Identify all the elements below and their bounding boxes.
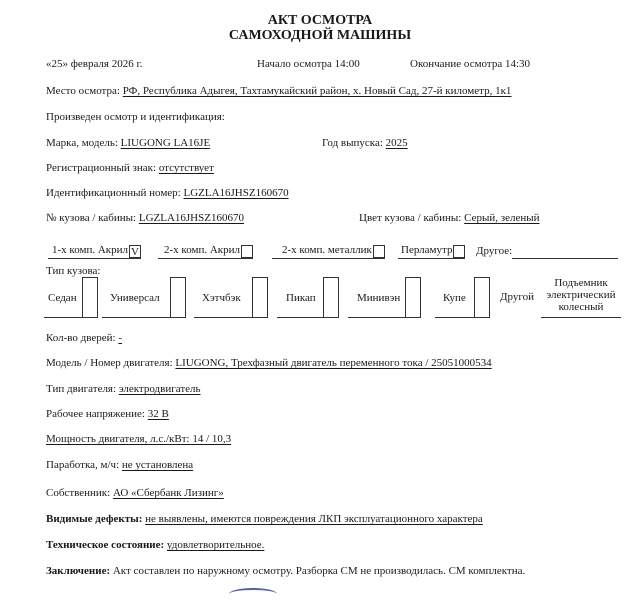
defects-value: не выявлены, имеются повреждения ЛКП экс… [145, 513, 483, 525]
make-model-value: LIUGONG LA16JE [121, 137, 211, 149]
body-type-hatchback[interactable]: Хэтчбэк [194, 277, 268, 318]
body-type-coupe[interactable]: Купе [435, 277, 490, 318]
checkbox[interactable] [405, 277, 421, 317]
doors-value: - [118, 332, 122, 344]
registration-field: Регистрационный знак: отсутствует [46, 162, 214, 174]
location-label: Место осмотра: [46, 85, 123, 97]
body-type-other-label: Другой [500, 291, 534, 303]
conclusion-value: Акт составлен по наружному осмотру. Разб… [110, 565, 525, 577]
make-model-field: Марка, модель: LIUGONG LA16JE [46, 137, 210, 149]
body-type-other-value: Подъемник электрический колесный [541, 277, 621, 318]
paint-option-pearl[interactable]: Перламутр [398, 242, 465, 259]
make-model-label: Марка, модель: [46, 137, 121, 149]
checkbox[interactable] [373, 245, 385, 258]
body-type-sedan[interactable]: Седан [44, 277, 98, 318]
body-type-option-label: Минивэн [348, 290, 400, 304]
voltage-value: 32 В [148, 408, 169, 420]
checkbox-checked[interactable]: V [129, 245, 141, 258]
body-type-option-label: Универсал [102, 290, 160, 304]
registration-label: Регистрационный знак: [46, 162, 159, 174]
doors-field: Кол-во дверей: - [46, 332, 122, 344]
conclusion-field: Заключение: Акт составлен по наружному о… [46, 565, 525, 577]
signature-mark [229, 588, 277, 600]
engine-power: Мощность двигателя, л.с./кВт: 14 / 10,3 [46, 433, 231, 445]
inspection-end: Окончание осмотра 14:30 [410, 58, 530, 70]
body-type-option-label: Седан [44, 290, 77, 304]
inspection-start: Начало осмотра 14:00 [257, 58, 360, 70]
paint-option-label: 2-х комп. Акрил [158, 243, 241, 258]
year-field: Год выпуска: 2025 [322, 137, 408, 149]
year-label: Год выпуска: [322, 137, 386, 149]
body-type-option-label: Хэтчбэк [194, 290, 241, 304]
condition-label: Техническое состояние: [46, 539, 164, 551]
defects-label: Видимые дефекты: [46, 513, 142, 525]
paint-option-acrylic-2k[interactable]: 2-х комп. Акрил [158, 242, 253, 259]
owner-label: Собственник: [46, 487, 113, 499]
doc-title-line2: САМОХОДНОЙ МАШИНЫ [0, 28, 640, 43]
hours-label: Паработка, м/ч: [46, 459, 122, 471]
paint-option-metallic-2k[interactable]: 2-х комп. металлик [272, 242, 385, 259]
defects-field: Видимые дефекты: не выявлены, имеются по… [46, 513, 483, 525]
body-color-value: Серый, зеленый [464, 212, 539, 224]
checkbox[interactable] [453, 245, 465, 258]
checkbox[interactable] [323, 277, 339, 317]
doors-label: Кол-во дверей: [46, 332, 118, 344]
voltage-field: Рабочее напряжение: 32 В [46, 408, 169, 420]
year-value: 2025 [386, 137, 408, 149]
vin-value: LGZLA16JHSZ160670 [183, 187, 288, 199]
body-type-option-label: Пикап [277, 290, 316, 304]
paint-option-label: Перламутр [398, 243, 453, 258]
body-color-field: Цвет кузова / кабины: Серый, зеленый [359, 212, 540, 224]
hours-value: не установлена [122, 459, 193, 471]
engine-type-value: электродвигатель [119, 383, 201, 395]
location-value: РФ, Республика Адыгея, Тахтамукайский ра… [123, 85, 512, 97]
body-type-pickup[interactable]: Пикап [277, 277, 339, 318]
checkbox[interactable] [241, 245, 253, 258]
owner-field: Собственник: АО «Сбербанк Лизинг» [46, 487, 224, 499]
body-type-wagon[interactable]: Универсал [102, 277, 186, 318]
engine-model-label: Модель / Номер двигателя: [46, 357, 175, 369]
checkbox[interactable] [252, 277, 268, 317]
body-number-value: LGZLA16JHSZ160670 [139, 212, 244, 224]
condition-field: Техническое состояние: удовлетворительно… [46, 539, 264, 551]
body-number-field: № кузова / кабины: LGZLA16JHSZ160670 [46, 212, 244, 224]
body-type-label: Тип кузова: [46, 265, 100, 277]
paint-other-input[interactable] [512, 258, 618, 259]
body-type-minivan[interactable]: Минивэн [348, 277, 421, 318]
checkbox[interactable] [170, 277, 186, 317]
vin-field: Идентификационный номер: LGZLA16JHSZ1606… [46, 187, 289, 199]
inspection-note: Произведен осмотр и идентификация: [46, 111, 225, 123]
owner-value: АО «Сбербанк Лизинг» [113, 487, 224, 499]
checkbox[interactable] [474, 277, 490, 317]
paint-option-label: 2-х комп. металлик [272, 243, 373, 258]
doc-title-line1: АКТ ОСМОТРА [0, 13, 640, 28]
registration-value: отсутствует [159, 162, 214, 174]
inspection-date: «25» февраля 2026 г. [46, 58, 143, 70]
vin-label: Идентификационный номер: [46, 187, 183, 199]
paint-option-label: 1-х комп. Акрил [48, 243, 129, 258]
body-color-label: Цвет кузова / кабины: [359, 212, 464, 224]
engine-model-field: Модель / Номер двигателя: LIUGONG, Трехф… [46, 357, 492, 369]
paint-other-label: Другое: [476, 245, 512, 257]
voltage-label: Рабочее напряжение: [46, 408, 148, 420]
hours-field: Паработка, м/ч: не установлена [46, 459, 193, 471]
paint-option-acrylic-1k[interactable]: 1-х комп. Акрил V [48, 242, 141, 259]
condition-value: удовлетворительное. [167, 539, 265, 551]
body-type-option-label: Купе [435, 290, 466, 304]
body-number-label: № кузова / кабины: [46, 212, 139, 224]
conclusion-label: Заключение: [46, 565, 110, 577]
checkbox[interactable] [82, 277, 98, 317]
engine-type-field: Тип двигателя: электродвигатель [46, 383, 201, 395]
engine-model-value: LIUGONG, Трехфазный двигатель переменног… [175, 357, 491, 369]
engine-type-label: Тип двигателя: [46, 383, 119, 395]
location-field: Место осмотра: РФ, Республика Адыгея, Та… [46, 85, 511, 97]
